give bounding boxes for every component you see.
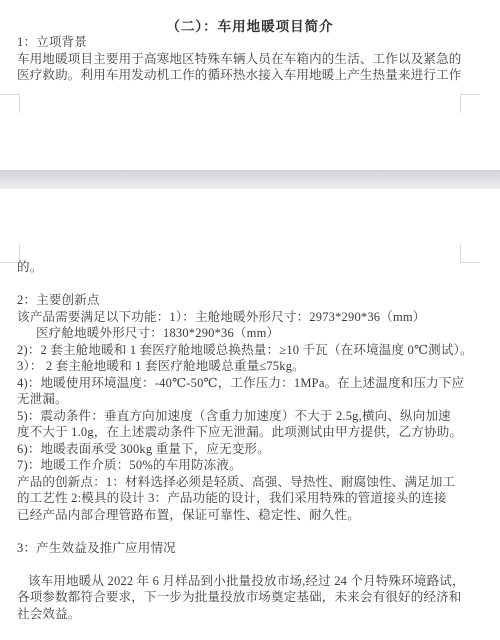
document-title: （二）：车用地暖项目简介 <box>0 15 500 35</box>
text-line: 该产品需要满足以下功能：1）：主舱地暖外形尺寸：2973*290*36（mm） <box>17 309 489 326</box>
text-line <box>17 523 489 540</box>
text-line: 医疗舱地暖外形尺寸：1830*290*36（mm） <box>17 325 489 342</box>
text-line: 的工艺性 2:模具的设计 3：产品功能的设计，我们采用特殊的管道接头的连接 <box>17 490 489 507</box>
text-line: 1：立项背景 <box>17 34 489 51</box>
text-line: 已经产品内部合理管路布置，保证可靠性、稳定性、耐久性。 <box>17 507 489 524</box>
text-line <box>17 556 489 573</box>
text-line: 车用地暖项目主要用于高寒地区特殊车辆人员在车箱内的生活、工作以及紧急的 <box>17 51 489 68</box>
text-line: 2：主要创新点 <box>17 292 489 309</box>
text-line: 3）： 2 套主舱地暖和 1 套医疗舱地暖总重量≤75kg。 <box>17 358 489 375</box>
crop-mark-bottom-right-icon <box>460 94 480 113</box>
text-line: 医疗救助。利用车用发动机工作的循环热水接入车用地暖上产生热量来进行工作 <box>17 67 489 84</box>
text-line: 无泄漏。 <box>17 391 489 408</box>
text-line: 度不大于 1.0g，在上述震动条件下应无泄漏。此项测试由甲方提供，乙方协助。 <box>17 424 489 441</box>
text-line: 社会效益。 <box>17 606 489 623</box>
text-line: 5)：震动条件：垂直方向加速度（含重力加速度）不大于 2.5g,横向、纵向加速 <box>17 408 489 425</box>
text-line: 的。 <box>17 259 489 276</box>
page2-text-area[interactable]: 的。 2：主要创新点 该产品需要满足以下功能：1）：主舱地暖外形尺寸：2973*… <box>17 259 489 622</box>
crop-mark-bottom-left-icon <box>0 94 20 113</box>
text-line: 该车用地暖从 2022 年 6 月样品到小批量投放市场,经过 24 个月特殊环境… <box>17 573 489 590</box>
text-line: 2)：2 套主舱地暖和 1 套医疗舱地暖总换热量：≥10 千瓦（在环境温度 0℃… <box>17 342 489 359</box>
text-line: 各项参数都符合要求，下一步为批量投放市场奠定基础，未来会有很好的经济和 <box>17 589 489 606</box>
text-line: 6)：地暖表面承受 300kg 重量下，应无变形。 <box>17 441 489 458</box>
document-viewport: （二）：车用地暖项目简介 1：立项背景 车用地暖项目主要用于高寒地区特殊车辆人员… <box>0 0 500 640</box>
text-line: 3：产生效益及推广应用情况 <box>17 540 489 557</box>
text-line <box>17 276 489 293</box>
text-line: 4)：地暖使用环境温度：-40℃-50℃，工作压力：1MPa。在上述温度和压力下… <box>17 375 489 392</box>
text-line: 产品的创新点：1：材料选择必须是轻质、高强、导热性、耐腐蚀性、满足加工 <box>17 474 489 491</box>
page-separator <box>0 170 500 189</box>
text-line: 7)：地暖工作介质：50%的车用防冻液。 <box>17 457 489 474</box>
page1-text-area[interactable]: 1：立项背景 车用地暖项目主要用于高寒地区特殊车辆人员在车箱内的生活、工作以及紧… <box>17 34 489 84</box>
